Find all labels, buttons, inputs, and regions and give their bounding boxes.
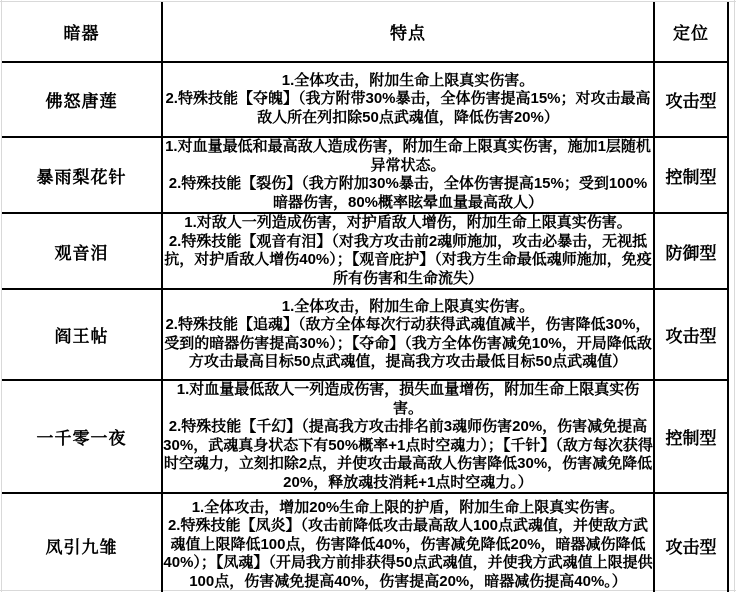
- table-row: 佛怒唐莲 1.全体攻击，附加生命上限真实伤害。 2.特殊技能【夺魄】（我方附带3…: [2, 62, 728, 137]
- feature-line-2: 2.特殊技能【追魂】（敌方全体每次行动获得武魂值减半，伤害降低30%，受到的暗器…: [163, 316, 653, 372]
- table-row: 暴雨梨花针 1.对血量最低和最高敌人造成伤害，附加生命上限真实伤害，施加1层随机…: [2, 137, 728, 213]
- column-header-role: 定位: [654, 2, 728, 62]
- hidden-weapons-table: 暗器 特点 定位 佛怒唐莲 1.全体攻击，附加生命上限真实伤害。 2.特殊技能【…: [2, 2, 729, 592]
- weapon-name: 一千零一夜: [2, 380, 162, 493]
- weapon-features: 1.全体攻击，附加生命上限真实伤害。 2.特殊技能【追魂】（敌方全体每次行动获得…: [162, 289, 654, 380]
- feature-line-2: 2.特殊技能【夺魄】（我方附带30%暴击，全体伤害提高15%；对攻击最高敌人所在…: [163, 90, 653, 127]
- table-row: 阎王帖 1.全体攻击，附加生命上限真实伤害。 2.特殊技能【追魂】（敌方全体每次…: [2, 289, 728, 380]
- table-row: 观音泪 1.对敌人一列造成伤害，对护盾敌人增伤，附加生命上限真实伤害。 2.特殊…: [2, 213, 728, 289]
- table-row: 一千零一夜 1.对血量最低敌人一列造成伤害，损失血量增伤，附加生命上限真实伤害。…: [2, 380, 728, 493]
- table-row: 凤引九雏 1.全体攻击，增加20%生命上限的护盾，附加生命上限真实伤害。 2.特…: [2, 493, 728, 592]
- feature-line-2: 2.特殊技能【千幻】（提高我方攻击排名前3魂师伤害20%，伤害减免提高30%，武…: [163, 418, 653, 492]
- weapon-role: 攻击型: [654, 493, 728, 592]
- weapon-features: 1.对敌人一列造成伤害，对护盾敌人增伤，附加生命上限真实伤害。 2.特殊技能【观…: [162, 213, 654, 289]
- weapon-name: 凤引九雏: [2, 493, 162, 592]
- feature-line-1: 1.对血量最低和最高敌人造成伤害，附加生命上限真实伤害，施加1层随机异常状态。: [163, 138, 653, 175]
- weapon-role: 攻击型: [654, 289, 728, 380]
- weapon-name: 阎王帖: [2, 289, 162, 380]
- feature-line-1: 1.全体攻击，增加20%生命上限的护盾，附加生命上限真实伤害。: [163, 499, 653, 518]
- feature-line-2: 2.特殊技能【凤炎】（攻击前降低攻击最高敌人100点武魂值，并使敌方武魂值上限降…: [163, 517, 653, 591]
- weapon-name: 暴雨梨花针: [2, 137, 162, 213]
- weapon-role: 控制型: [654, 380, 728, 493]
- feature-line-2: 2.特殊技能【裂伤】（我方附加30%暴击，全体伤害提高15%；受到100%暗器伤…: [163, 175, 653, 212]
- weapon-name: 观音泪: [2, 213, 162, 289]
- weapon-role: 控制型: [654, 137, 728, 213]
- feature-line-1: 1.对血量最低敌人一列造成伤害，损失血量增伤，附加生命上限真实伤害。: [163, 381, 653, 418]
- feature-line-1: 1.全体攻击，附加生命上限真实伤害。: [163, 72, 653, 91]
- weapon-name: 佛怒唐莲: [2, 62, 162, 137]
- weapon-features: 1.对血量最低敌人一列造成伤害，损失血量增伤，附加生命上限真实伤害。 2.特殊技…: [162, 380, 654, 493]
- column-header-features: 特点: [162, 2, 654, 62]
- column-header-weapon: 暗器: [2, 2, 162, 62]
- weapon-role: 防御型: [654, 213, 728, 289]
- feature-line-1: 1.对敌人一列造成伤害，对护盾敌人增伤，附加生命上限真实伤害。: [163, 214, 653, 233]
- weapon-role: 攻击型: [654, 62, 728, 137]
- weapon-features: 1.全体攻击，增加20%生命上限的护盾，附加生命上限真实伤害。 2.特殊技能【凤…: [162, 493, 654, 592]
- gridline-right: [734, 0, 735, 592]
- table-header-row: 暗器 特点 定位: [2, 2, 728, 62]
- feature-line-2: 2.特殊技能【观音有泪】（对我方攻击前2魂师施加，攻击必暴击，无视抵抗，对护盾敌…: [163, 233, 653, 289]
- weapon-features: 1.全体攻击，附加生命上限真实伤害。 2.特殊技能【夺魄】（我方附带30%暴击，…: [162, 62, 654, 137]
- feature-line-1: 1.全体攻击，附加生命上限真实伤害。: [163, 298, 653, 317]
- weapon-features: 1.对血量最低和最高敌人造成伤害，附加生命上限真实伤害，施加1层随机异常状态。 …: [162, 137, 654, 213]
